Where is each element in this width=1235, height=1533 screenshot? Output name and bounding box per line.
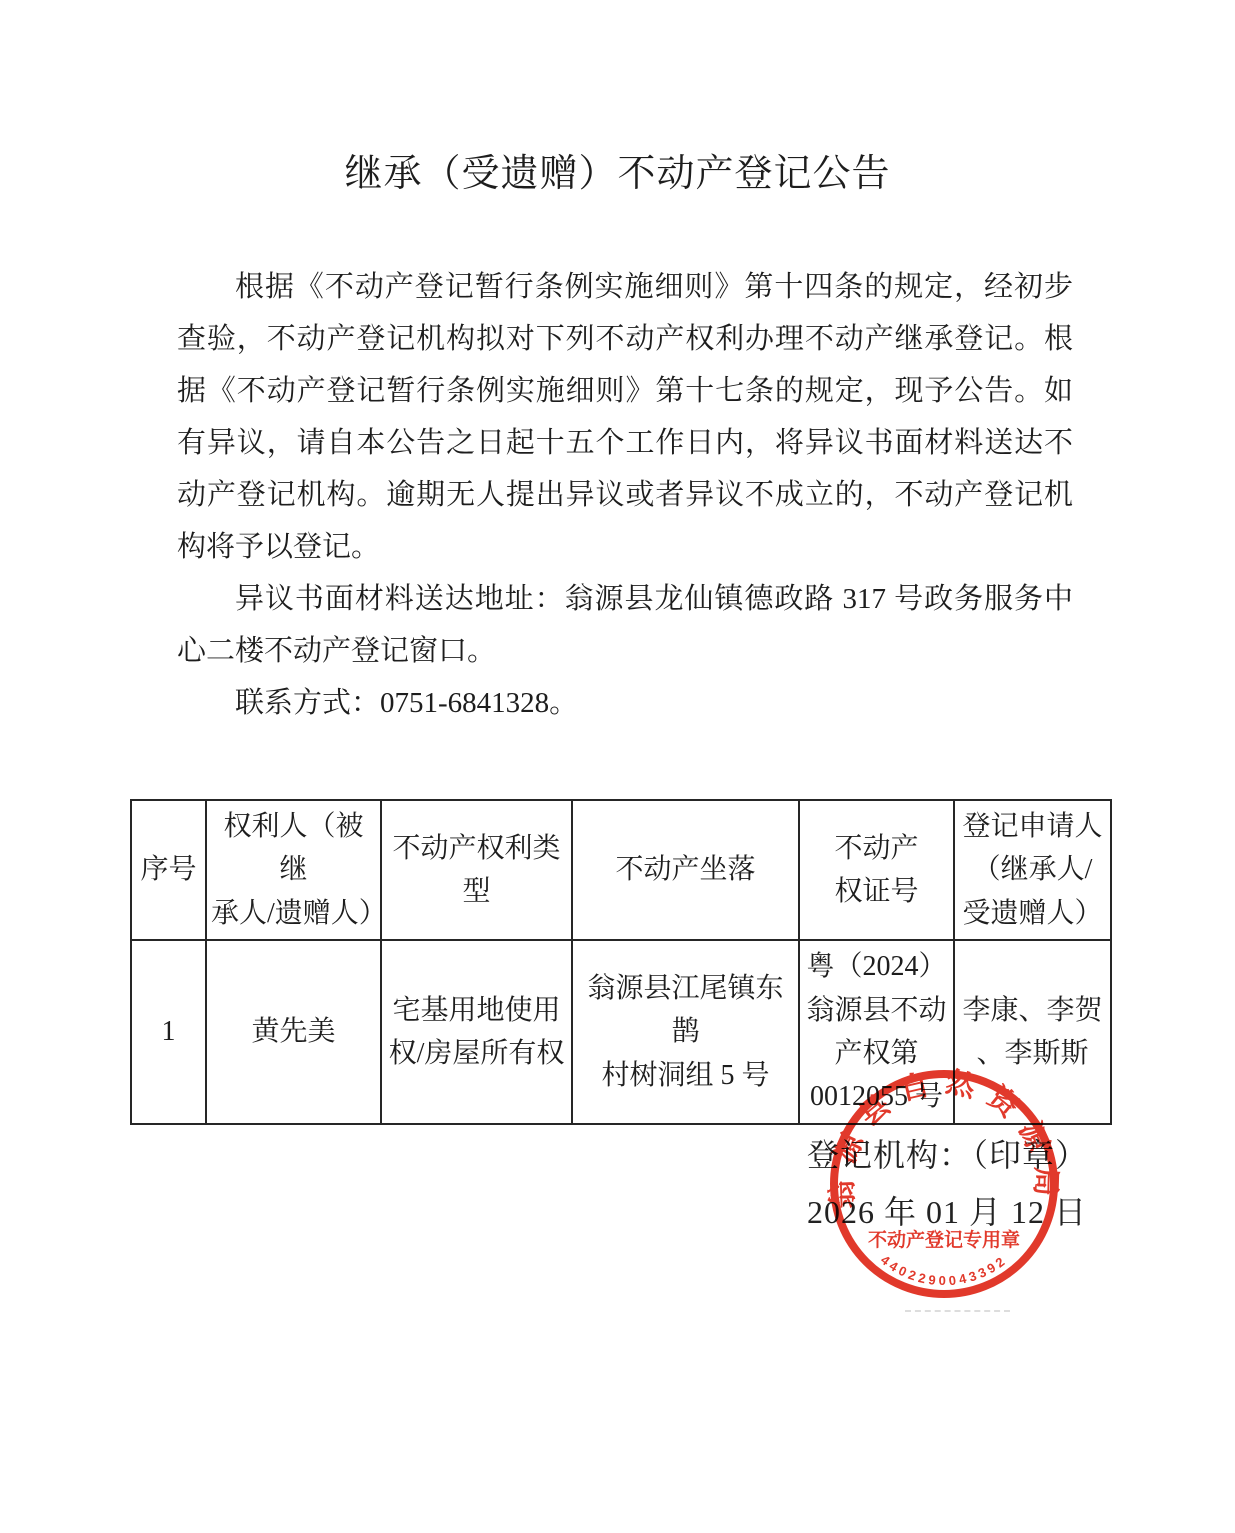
cell-property-location: 翁源县江尾镇东鹊 村树洞组 5 号 bbox=[572, 940, 799, 1124]
scan-smudge-artifact bbox=[905, 1310, 1010, 1312]
cell-right-type: 宅基用地使用 权/房屋所有权 bbox=[381, 940, 572, 1124]
notice-body: 根据《不动产登记暂行条例实施细则》第十四条的规定，经初步查验，不动产登记机构拟对… bbox=[177, 261, 1073, 729]
header-property-location: 不动产坐落 bbox=[572, 800, 799, 940]
paragraph-legal-basis: 根据《不动产登记暂行条例实施细则》第十四条的规定，经初步查验，不动产登记机构拟对… bbox=[177, 261, 1073, 573]
paragraph-contact: 联系方式：0751-6841328。 bbox=[177, 677, 1073, 729]
header-right-type: 不动产权利类 型 bbox=[381, 800, 572, 940]
header-applicant: 登记申请人 （继承人/ 受遗赠人） bbox=[954, 800, 1111, 940]
cell-serial-number: 1 bbox=[131, 940, 206, 1124]
header-right-holder: 权利人（被继 承人/遗赠人） bbox=[206, 800, 381, 940]
header-serial-number: 序号 bbox=[131, 800, 206, 940]
paragraph-objection-address: 异议书面材料送达地址：翁源县龙仙镇德政路 317 号政务服务中心二楼不动产登记窗… bbox=[177, 573, 1073, 677]
cell-right-holder: 黄先美 bbox=[206, 940, 381, 1124]
page-title: 继承（受遗赠）不动产登记公告 bbox=[0, 142, 1235, 197]
official-seal-stamp: 翁源县自然资源局 不动产登记专用章 4402290043392 bbox=[826, 1066, 1062, 1302]
document-page: 继承（受遗赠）不动产登记公告 根据《不动产登记暂行条例实施细则》第十四条的规定，… bbox=[0, 0, 1235, 1533]
seal-arc-text: 翁源县自然资源局 bbox=[826, 1066, 1062, 1209]
svg-text:翁源县自然资源局: 翁源县自然资源局 bbox=[826, 1066, 1062, 1209]
table-header-row: 序号 权利人（被继 承人/遗赠人） 不动产权利类 型 不动产坐落 不动产 权证号… bbox=[131, 800, 1111, 940]
header-certificate-number: 不动产 权证号 bbox=[799, 800, 954, 940]
seal-center-text: 不动产登记专用章 bbox=[868, 1228, 1020, 1251]
